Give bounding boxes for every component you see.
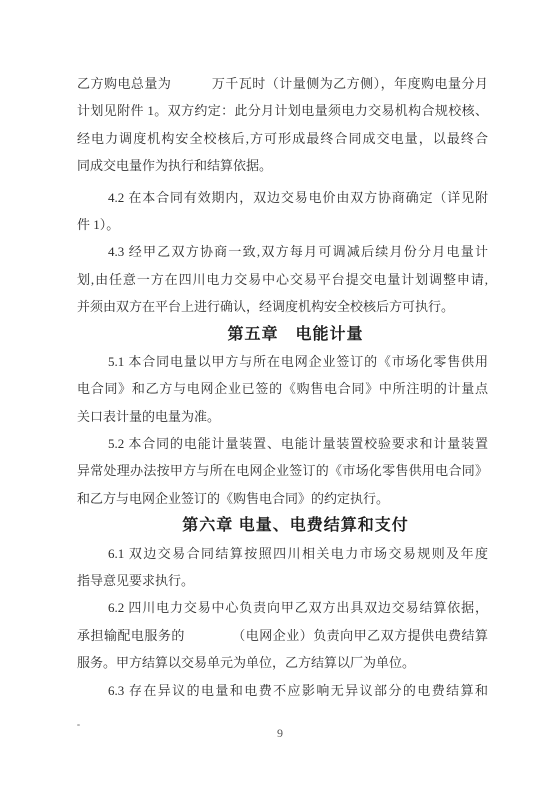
text-line: 计划见附件 1。双方约定：此分月计划电量须电力交易机构合规校核、 xyxy=(77,97,488,124)
clause-4-3-line: 4.3 经甲乙双方协商一致,双方每月可调减后续月份分月电量计 xyxy=(77,238,488,265)
chapter-6-heading: 第六章 电量、电费结算和支付 xyxy=(90,512,501,539)
text-line: 异常处理办法按甲方与所在电网企业签订的《市场化零售供用电合同》 xyxy=(77,457,488,484)
chapter-5-heading: 第五章 电能计量 xyxy=(90,321,501,348)
clause-5-2-line: 5.2 本合同的电能计量装置、电能计量装置校验要求和计量装置 xyxy=(77,430,488,457)
clause-4-2-line: 4.2 在本合同有效期内，双边交易电价由双方协商确定（详见附 xyxy=(77,184,488,211)
scan-artifact-speck xyxy=(77,724,80,726)
text-line: 经电力调度机构安全校核后,方可形成最终合同成交电量，以最终合 xyxy=(77,125,488,152)
text-line: 承担输配电服务的 （电网企业）负责向甲乙双方提供电费结算 xyxy=(77,622,488,649)
text-line: 指导意见要求执行。 xyxy=(77,567,488,594)
document-page: 乙方购电总量为 万千瓦时（计量侧为乙方侧），年度购电量分月 计划见附件 1。双方… xyxy=(0,0,560,791)
text-line: 并须由双方在平台上进行确认，经调度机构安全校核后方可执行。 xyxy=(77,293,488,320)
clause-5-1-line: 5.1 本合同电量以甲方与所在电网企业签订的《市场化零售供用 xyxy=(77,348,488,375)
text-line: 电合同》和乙方与电网企业已签的《购售电合同》中所注明的计量点 xyxy=(77,375,488,402)
clause-6-3-line: 6.3 存在异议的电量和电费不应影响无异议部分的电费结算和 xyxy=(77,677,488,704)
text-line: 同成交电量作为执行和结算依据。 xyxy=(77,152,488,179)
text-line: 关口表计量的电量为准。 xyxy=(77,403,488,430)
text-column: 乙方购电总量为 万千瓦时（计量侧为乙方侧），年度购电量分月 计划见附件 1。双方… xyxy=(77,70,488,704)
text-line: 件 1）。 xyxy=(77,211,488,238)
text-line: 乙方购电总量为 万千瓦时（计量侧为乙方侧），年度购电量分月 xyxy=(77,70,488,97)
text-line: 和乙方与电网企业签订的《购售电合同》的约定执行。 xyxy=(77,485,488,512)
clause-6-2-line: 6.2 四川电力交易中心负责向甲乙双方出具双边交易结算依据， xyxy=(77,594,488,621)
clause-6-1-line: 6.1 双边交易合同结算按照四川相关电力市场交易规则及年度 xyxy=(77,540,488,567)
text-line: 服务。甲方结算以交易单元为单位，乙方结算以厂为单位。 xyxy=(77,649,488,676)
text-line: 划,由任意一方在四川电力交易中心交易平台提交电量计划调整申请, xyxy=(77,266,488,293)
page-number: 9 xyxy=(0,727,560,739)
